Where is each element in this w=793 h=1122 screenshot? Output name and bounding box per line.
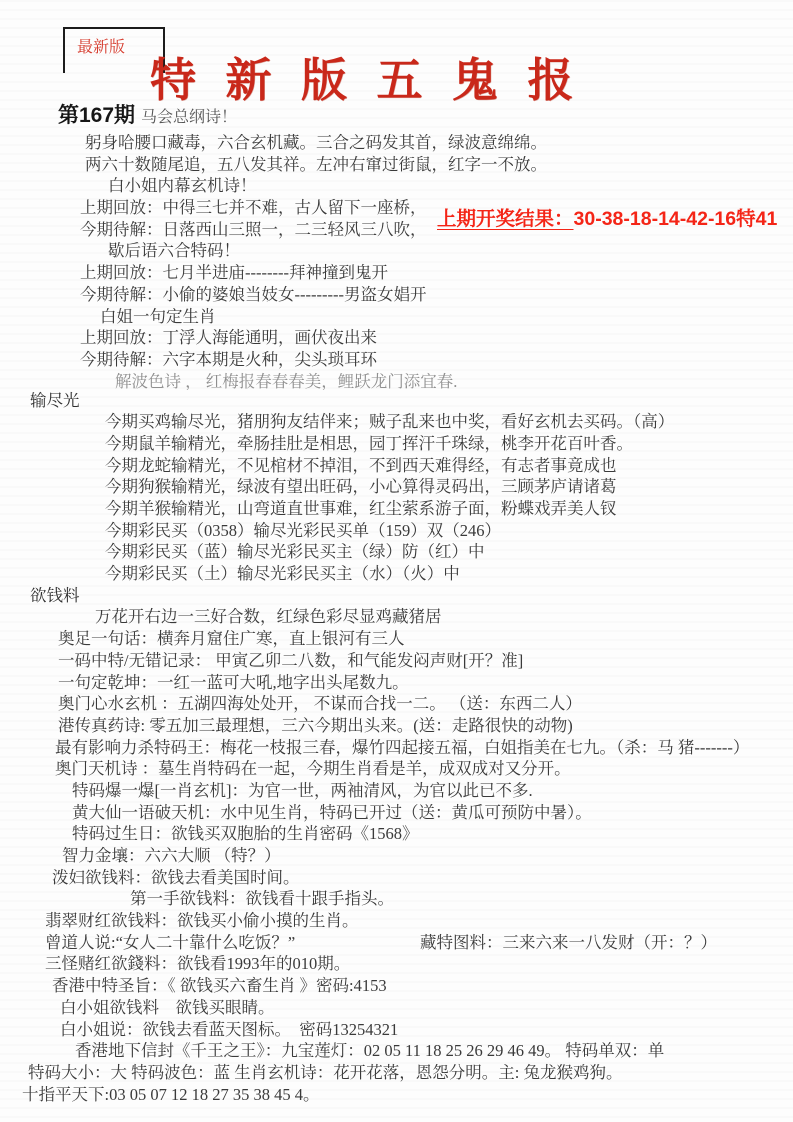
- text-line: 翡翠财红欲钱料：欲钱买小偷小摸的生肖。: [0, 910, 793, 932]
- text-line: 白小姐内幕玄机诗！: [0, 175, 793, 197]
- text-line-secondary: 藏特图料：三来六来一八发财（开：？）: [420, 932, 717, 954]
- text-line: 三怪赌红欲錢料：欲钱看1993年的010期。: [0, 953, 793, 975]
- text-line: 今期狗猴输精光，绿波有望出旺码，小心算得灵码出，三顾茅庐请诸葛: [0, 476, 793, 498]
- text-line: 今期彩民买（土）输尽光彩民买主（水）（火）中: [0, 563, 793, 585]
- issue-number: 第167期: [58, 104, 135, 127]
- text-line: 今期彩民买（0358）输尽光彩民买单（159）双（246）: [0, 520, 793, 542]
- text-line: 今期待解：六字本期是火种，尖头琐耳环: [0, 349, 793, 371]
- text-line: 上期回放：丁浮人海能通明，画伏夜出来: [0, 327, 793, 349]
- text-line: 特码大小：大 特码波色：蓝 生肖玄机诗：花开花落，恩怨分明。主: 兔龙猴鸡狗。: [0, 1062, 793, 1084]
- text-line: 一句定乾坤：一红一蓝可大吼,地字出头尾数九。: [0, 672, 793, 694]
- text-line: 输尽光: [0, 390, 793, 412]
- text-line: 解波色诗 ， 红梅报春春春美，鲤跃龙门添宜春.: [0, 371, 793, 390]
- text-line: 奥足一句话：横奔月窟住广寒，直上银河有三人: [0, 628, 793, 650]
- text-line: 欲钱料: [0, 585, 793, 607]
- text-line: 港传真药诗: 零五加三最理想，三六今期出头来。(送：走路很快的动物): [0, 715, 793, 737]
- text-line: 今期羊猴输精光，山弯道直世事难，红尘萦系游子面，粉蝶戏弄美人钗: [0, 498, 793, 520]
- text-line: 今期鼠羊输精光，牵肠挂肚是相思，园丁挥汗千珠绿，桃李开花百叶香。: [0, 433, 793, 455]
- issue-subtitle: 马会总纲诗！: [141, 109, 237, 126]
- text-line: 第一手欲钱料：欲钱看十跟手指头。: [0, 888, 793, 910]
- text-line: 香港中特圣旨：《 欲钱买六畜生肖 》密码:4153: [0, 975, 793, 997]
- text-line: 今期龙蛇输精光，不见棺材不掉泪，不到西天难得经，有志者事竟成也: [0, 455, 793, 477]
- content-lines: 躬身哈腰口藏毒，六合玄机藏。三合之码发其首，绿波意绵绵。两六十数随尾追，五八发其…: [0, 132, 793, 1105]
- text-line: 今期买鸡输尽光，猪朋狗友结伴来；贼子乱来也中奖，看好玄机去买码。（高）: [0, 411, 793, 433]
- text-line: 歇后语六合特码！: [0, 240, 793, 262]
- text-line: 躬身哈腰口藏毒，六合玄机藏。三合之码发其首，绿波意绵绵。: [0, 132, 793, 154]
- text-line: 上期回放：中得三七并不难，古人留下一座桥，: [0, 197, 793, 219]
- text-line: 十指平天下:03 05 07 12 18 27 35 38 45 4。: [0, 1084, 793, 1106]
- text-line: 奥门心水玄机 ：五湖四海处处开， 不谋而合找一二。 （送：东西二人）: [0, 693, 793, 715]
- text-line: 上期回放：七月半进庙--------拜神撞到鬼开: [0, 262, 793, 284]
- text-line: 香港地下信封《千王之王》：九宝莲灯：02 05 11 18 25 26 29 4…: [0, 1040, 793, 1062]
- text-line: 两六十数随尾追，五八发其祥。左冲右窜过街鼠，红字一不放。: [0, 154, 793, 176]
- text-line: 特码爆一爆[一肖玄机]：为官一世，两袖清风，为官以此已不多.: [0, 780, 793, 802]
- text-line: 泼妇欲钱料：欲钱去看美国时间。: [0, 867, 793, 889]
- text-line: 白姐一句定生肖: [0, 306, 793, 328]
- text-line: 智力金壤：六六大顺 （特？）: [0, 845, 793, 867]
- edition-badge-label: 最新版: [65, 29, 125, 57]
- text-line: 特码过生日：欲钱买双胞胎的生肖密码《1568》: [0, 823, 793, 845]
- text-line: 白小姐欲钱料 欲钱买眼睛。: [0, 997, 793, 1019]
- text-line: 万花开右边一三好合数，红绿色彩尽显鸡藏猪居: [0, 606, 793, 628]
- issue-row: 第167期马会总纲诗！: [58, 99, 237, 129]
- text-line: 白小姐说：欲钱去看蓝天图标。 密码13254321: [0, 1019, 793, 1041]
- text-line: 今期彩民买（蓝）输尽光彩民买主（绿）防（红）中: [0, 541, 793, 563]
- text-line: 今期待解：日落西山三照一，二三轻风三八吹，: [0, 219, 793, 241]
- text-line: 曾道人说:“女人二十靠什么吃饭？”藏特图料：三来六来一八发财（开：？）: [0, 932, 793, 954]
- text-line: 黄大仙一语破天机：水中见生肖，特码已开过（送：黄瓜可预防中暑）。: [0, 802, 793, 824]
- text-line: 最有影响力杀特码王：梅花一枝报三春，爆竹四起接五福，白姐指美在七九。（杀：马 猪…: [0, 737, 793, 759]
- text-line: 一码中特/无错记录： 甲寅乙卯二八数，和气能发闷声财[开？准]: [0, 650, 793, 672]
- text-line: 奥门天机诗 ：墓生肖特码在一起，今期生肖看是羊，成双成对又分开。: [0, 758, 793, 780]
- text-line: 今期待解：小偷的婆娘当妓女---------男盗女娼开: [0, 284, 793, 306]
